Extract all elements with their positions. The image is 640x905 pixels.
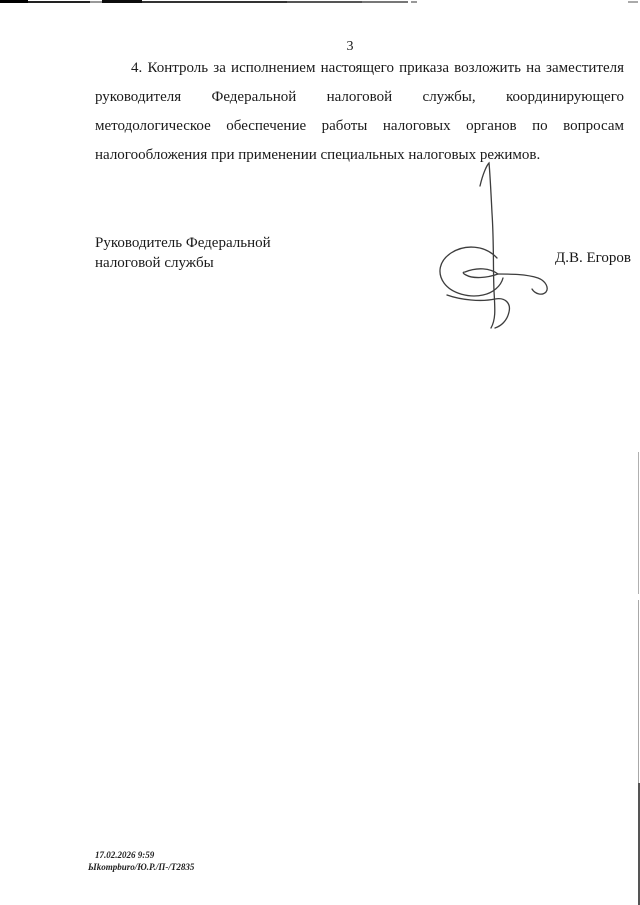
signatory-title-line: налоговой службы [95, 253, 271, 273]
signer-name: Д.В. Егоров [555, 250, 631, 267]
handwritten-signature-ink [425, 155, 555, 335]
signature-stroke-tail [498, 274, 547, 294]
right-border-segment [638, 600, 639, 783]
top-border-segment [90, 1, 102, 3]
top-border-segment [0, 0, 28, 3]
stamp-datetime: 17.02.2026 9:59 [88, 849, 194, 861]
signature-stroke-vertical [480, 163, 495, 328]
top-border-segment [102, 0, 142, 3]
paragraph-line: руководителя Федеральной налоговой служб… [95, 83, 624, 112]
signatory-title-line: Руководитель Федеральной [95, 233, 271, 253]
signature-stroke-lens [463, 269, 498, 278]
top-border-segment [628, 1, 638, 3]
top-border-segment [411, 1, 417, 3]
body-paragraph: 4. Контроль за исполнением настоящего пр… [95, 54, 624, 170]
page-number: 3 [0, 39, 640, 55]
document-page: 3 4. Контроль за исполнением настоящего … [0, 0, 640, 905]
registration-stamp: 17.02.2026 9:59 Ыkompburo/Ю.Р./П-/Т2835 [88, 849, 194, 873]
signatory-title: Руководитель Федеральной налоговой служб… [95, 233, 271, 273]
right-border-segment [638, 452, 639, 594]
top-border-segment [362, 1, 408, 3]
top-border-segment [142, 1, 287, 3]
signature-stroke-bottom [447, 295, 509, 328]
paragraph-line: методологическое обеспечение работы нало… [95, 112, 624, 141]
paragraph-line: 4. Контроль за исполнением настоящего пр… [95, 54, 624, 83]
stamp-reference: Ыkompburo/Ю.Р./П-/Т2835 [88, 861, 194, 873]
top-border-segment [28, 1, 90, 3]
top-border-segment [287, 1, 362, 3]
